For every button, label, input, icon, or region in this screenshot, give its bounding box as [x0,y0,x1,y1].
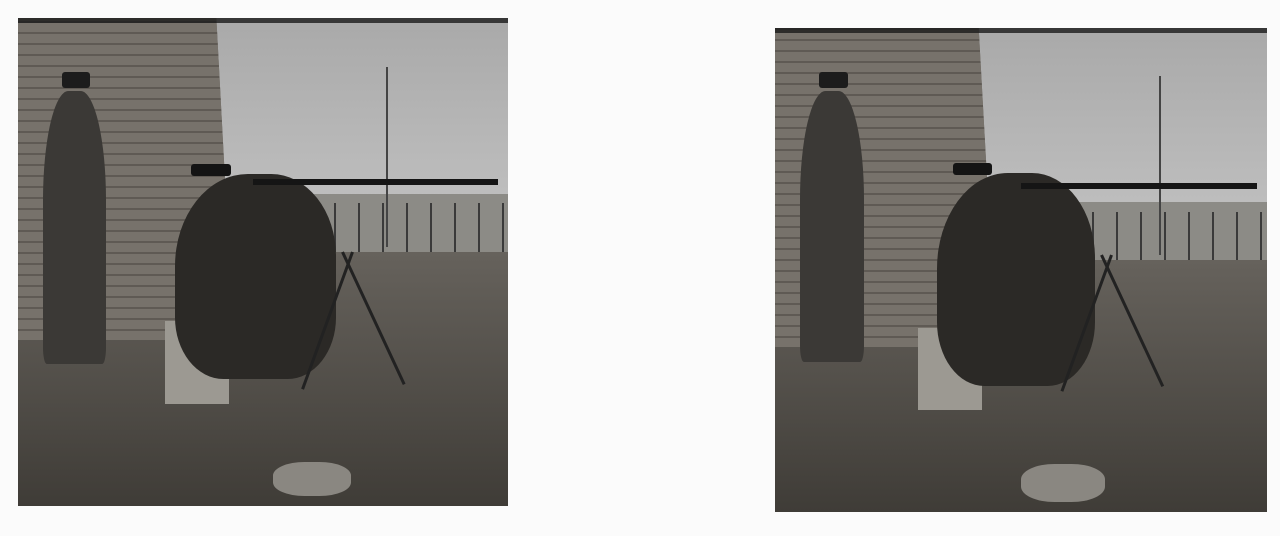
plate-edge [18,18,508,23]
bare-tree [386,67,388,248]
seated-gunner-fur-coat [937,173,1094,386]
plate-edge [775,28,1267,33]
kepi-cap [953,163,992,176]
stereograph-plate [0,0,1280,536]
bare-tree [1159,76,1161,255]
standing-officer [43,91,107,364]
machine-gun [253,179,498,185]
standing-officer [800,91,864,362]
machine-gun [1021,183,1257,189]
rock [273,462,351,496]
seated-gunner-fur-coat [175,174,337,379]
fence [1070,212,1267,260]
kepi-cap [191,164,231,176]
kepi-cap [62,72,91,88]
rock [1021,464,1105,503]
right-photo-panel [775,28,1267,512]
fence [312,203,508,252]
left-photo-panel [18,18,508,506]
kepi-cap [819,72,848,88]
